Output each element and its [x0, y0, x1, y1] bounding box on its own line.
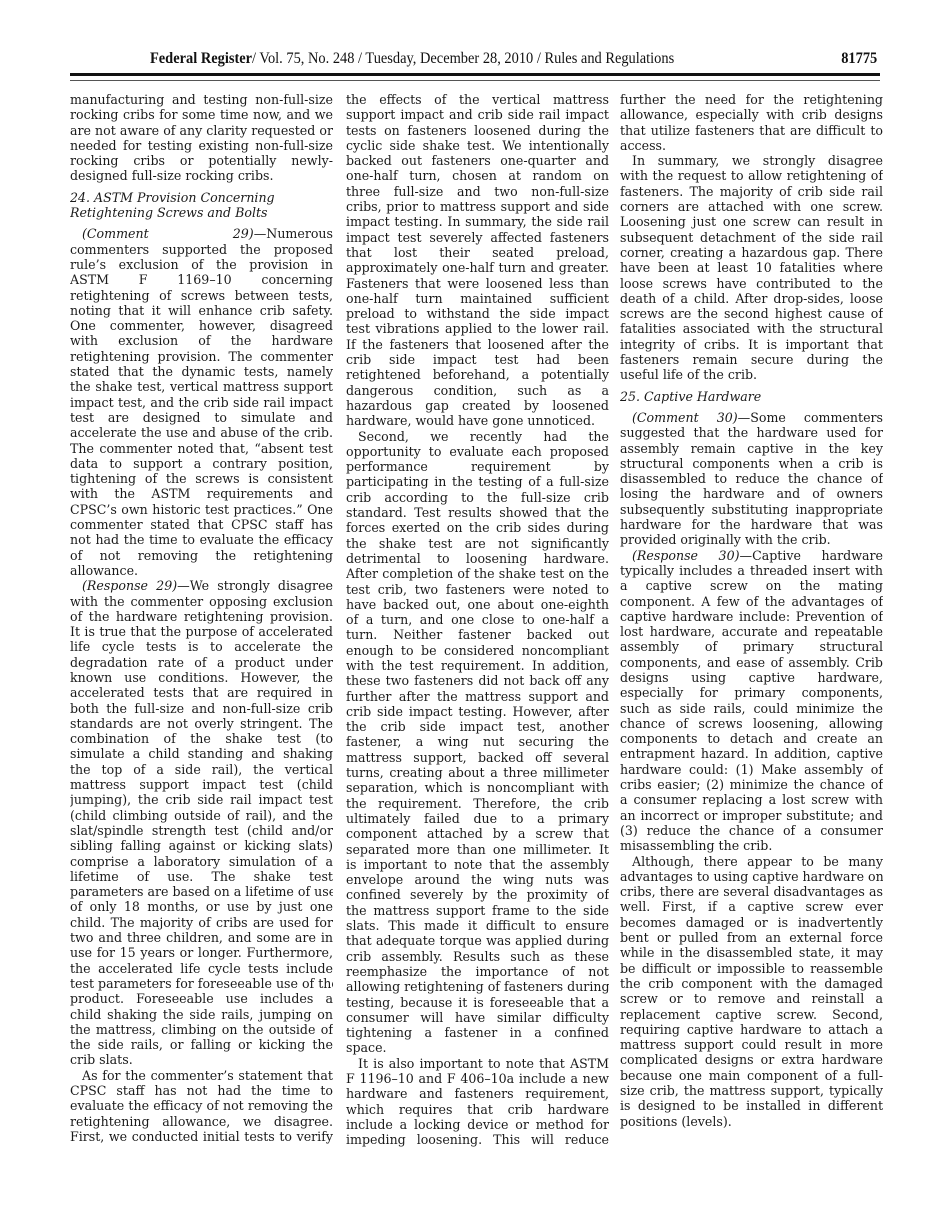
body-text-line: After completion of the shake test on th… — [346, 566, 609, 581]
body-text-line: fasteners remain secure during the — [620, 352, 883, 367]
body-text-line: not had the time to evaluate the efficac… — [70, 532, 333, 547]
body-text-line: product. Foreseeable use includes a — [70, 991, 333, 1006]
body-text-line: degradation rate of a product under — [70, 655, 333, 670]
body-text-line: parameters are based on a lifetime of us… — [70, 884, 333, 899]
body-text-line: test parameters for foreseeable use of t… — [70, 976, 333, 991]
body-text-line: one-half turn maintained sufficient — [346, 291, 609, 306]
paragraph-lead-label: (Comment 30) — [632, 410, 738, 425]
body-text-line: of not removing the retightening — [70, 548, 333, 563]
body-text-line: envelope around the wing nuts was — [346, 872, 609, 887]
body-text-line: In summary, we strongly disagree — [620, 153, 883, 168]
body-text-line: F 1196–10 and F 406–10a include a new — [346, 1071, 609, 1086]
body-text-line: the mattress support frame to the side — [346, 903, 609, 918]
body-text-line: allowance. — [70, 563, 333, 578]
body-text-line: approximately one-half turn and greater. — [346, 260, 609, 275]
body-text-line: typically includes a threaded insert wit… — [620, 563, 883, 578]
body-text-line: accelerated tests that are required in — [70, 685, 333, 700]
body-text-line: crib according to the full-size crib — [346, 490, 609, 505]
body-text-line: enough to be considered noncompliant — [346, 643, 609, 658]
body-text-line: be difficult or impossible to reassemble — [620, 961, 883, 976]
body-text-line: hardware, would have gone unnoticed. — [346, 413, 609, 428]
body-text-line: testing, because it is foreseeable that … — [346, 995, 609, 1010]
body-text-line: Although, there appear to be many — [620, 854, 883, 869]
body-text-line: simulate a child standing and shaking — [70, 746, 333, 761]
body-text-line: of the hardware retightening provision. — [70, 609, 333, 624]
body-text-line: (3) reduce the chance of a consumer — [620, 823, 883, 838]
body-text-line: stated that the dynamic tests, namely — [70, 364, 333, 379]
body-text-line: test crib, two fasteners were noted to — [346, 582, 609, 597]
body-text-line: reemphasize the importance of not — [346, 964, 609, 979]
section-heading-line: Retightening Screws and Bolts — [70, 205, 333, 220]
body-text-line: retightening allowance, we disagree. — [70, 1114, 333, 1129]
body-text-line: use for 15 years or longer. Furthermore, — [70, 945, 333, 960]
paragraph-lead-label: (Comment 29) — [82, 226, 254, 241]
issue-info: / Vol. 75, No. 248 / Tuesday, December 2… — [252, 50, 674, 67]
body-text-line: separation, which is noncompliant with — [346, 780, 609, 795]
body-text-line: sibling falling against or kicking slats… — [70, 838, 333, 853]
body-text-line: It is also important to note that ASTM — [346, 1056, 609, 1071]
body-text-line: these two fasteners did not back off any — [346, 673, 609, 688]
body-text-line: the requirement. Therefore, the crib — [346, 796, 609, 811]
body-text-line: fasteners. The majority of crib side rai… — [620, 184, 883, 199]
body-text-line: crib side impact testing. However, after — [346, 704, 609, 719]
body-text-line: hardware and fasteners requirement, — [346, 1086, 609, 1101]
body-text-line: with exclusion of the hardware — [70, 333, 333, 348]
body-text-line: access. — [620, 138, 883, 153]
body-text-line: separated more than one millimeter. It — [346, 842, 609, 857]
body-text-line: that utilize fasteners that are difficul… — [620, 123, 883, 138]
body-text-line: support impact and crib side rail impact — [346, 107, 609, 122]
paragraph-lead-label: (Response 30) — [632, 548, 740, 563]
body-text-line: is important to note that the assembly — [346, 857, 609, 872]
line-text: —Captive hardware — [740, 548, 884, 563]
body-text-line: hazardous gap created by loosened — [346, 398, 609, 413]
header-rule-thick — [70, 73, 880, 76]
body-text-line: component attached by a screw that — [346, 826, 609, 841]
body-text-line: impact testing. In summary, the side rai… — [346, 214, 609, 229]
body-text-line: because one main component of a full- — [620, 1068, 883, 1083]
body-text-line: screws are the second highest cause of — [620, 306, 883, 321]
body-text-line: mattress support could result in more — [620, 1037, 883, 1052]
body-text-line: complicated designs or extra hardware — [620, 1052, 883, 1067]
body-text-line: noting that it will enhance crib safety. — [70, 303, 333, 318]
body-text-line: corner, creating a hazardous gap. There — [620, 245, 883, 260]
body-text-line: entrapment hazard. In addition, captive — [620, 746, 883, 761]
body-text-line: slat/spindle strength test (child and/or — [70, 823, 333, 838]
body-text-line: comprise a laboratory simulation of a — [70, 854, 333, 869]
body-text-line: screw or to remove and reinstall a — [620, 991, 883, 1006]
body-text-line: the accelerated life cycle tests include — [70, 961, 333, 976]
body-text-line: participating in the testing of a full-s… — [346, 474, 609, 489]
body-text-line: child. The majority of cribs are used fo… — [70, 915, 333, 930]
body-text-line: data to support a contrary position, — [70, 456, 333, 471]
body-text-line: requiring captive hardware to attach a — [620, 1022, 883, 1037]
body-text-line: two and three children, and some are in — [70, 930, 333, 945]
body-text-line: misassembling the crib. — [620, 838, 883, 853]
body-text-line: One commenter, however, disagreed — [70, 318, 333, 333]
publication-name: Federal Register — [150, 50, 252, 67]
body-text-line: performance requirement by — [346, 459, 609, 474]
body-text-line: with the test requirement. In addition, — [346, 658, 609, 673]
body-text-line: the shake test are not significantly — [346, 536, 609, 551]
line-text: —Some commenters — [738, 410, 883, 425]
body-text-line: Fasteners that were loosened less than — [346, 276, 609, 291]
header-rule-thin — [70, 80, 880, 81]
body-text-line: the side rails, or falling or kicking th… — [70, 1037, 333, 1052]
text-column-2: the effects of the vertical mattresssupp… — [346, 92, 609, 1147]
body-text-line: are not aware of any clarity requested o… — [70, 123, 333, 138]
body-text-line: evaluate the efficacy of not removing th… — [70, 1098, 333, 1113]
body-text-line: rocking cribs for some time now, and we — [70, 107, 333, 122]
body-text-line: impact test severely affected fasteners — [346, 230, 609, 245]
body-text-line: It is true that the purpose of accelerat… — [70, 624, 333, 639]
body-text-line: include a locking device or method for — [346, 1117, 609, 1132]
body-text-line: death of a child. After drop-sides, loos… — [620, 291, 883, 306]
body-text-line: turn. Neither fastener backed out — [346, 627, 609, 642]
body-text-line: designed full-size rocking cribs. — [70, 168, 333, 183]
body-text-line: (Response 30)—Captive hardware — [620, 548, 883, 563]
body-text-line: three full-size and two non-full-size — [346, 184, 609, 199]
text-column-1: manufacturing and testing non-full-sizer… — [70, 92, 333, 1144]
body-text-line: space. — [346, 1040, 609, 1055]
body-text-line: lost hardware, accurate and repeatable — [620, 624, 883, 639]
body-text-line: First, we conducted initial tests to ver… — [70, 1129, 333, 1144]
body-text-line: advantages to using captive hardware on — [620, 869, 883, 884]
body-text-line: fatalities associated with the structura… — [620, 321, 883, 336]
body-text-line: lifetime of use. The shake test — [70, 869, 333, 884]
body-text-line: The commenter noted that, “absent test — [70, 441, 333, 456]
body-text-line: while in the disassembled state, it may — [620, 945, 883, 960]
body-text-line: especially for primary components, — [620, 685, 883, 700]
body-text-line: hardware could: (1) Make assembly of — [620, 762, 883, 777]
body-text-line: opportunity to evaluate each proposed — [346, 444, 609, 459]
body-text-line: bent or pulled from an external force — [620, 930, 883, 945]
body-text-line: provided originally with the crib. — [620, 532, 883, 547]
body-text-line: cyclic side shake test. We intentionally — [346, 138, 609, 153]
body-text-line: mattress support impact test (child — [70, 777, 333, 792]
body-text-line: corners are attached with one screw. — [620, 199, 883, 214]
body-text-line: detrimental to loosening hardware. — [346, 551, 609, 566]
body-text-line: losing the hardware and of owners — [620, 486, 883, 501]
body-text-line: known use conditions. However, the — [70, 670, 333, 685]
body-text-line: slats. This made it difficult to ensure — [346, 918, 609, 933]
body-text-line: have backed out, one about one-eighth — [346, 597, 609, 612]
body-text-line: (child climbing outside of rail), and th… — [70, 808, 333, 823]
body-text-line: that lost their seated preload, — [346, 245, 609, 260]
body-text-line: accelerate the use and abuse of the crib… — [70, 425, 333, 440]
body-text-line: becomes damaged or is inadvertently — [620, 915, 883, 930]
body-text-line: a captive screw on the mating — [620, 578, 883, 593]
body-text-line: positions (levels). — [620, 1114, 883, 1129]
body-text-line: confined severely by the proximity of — [346, 887, 609, 902]
line-text: —We strongly disagree — [177, 578, 333, 593]
body-text-line: commenters supported the proposed — [70, 242, 333, 257]
body-text-line: components, and ease of assembly. Crib — [620, 655, 883, 670]
body-text-line: subsequent detachment of the side rail — [620, 230, 883, 245]
body-text-line: standard. Test results showed that the — [346, 505, 609, 520]
body-text-line: assembly remain captive in the key — [620, 441, 883, 456]
line-text: —Numerous — [254, 226, 333, 241]
body-text-line: If the fasteners that loosened after the — [346, 337, 609, 352]
body-text-line: replacement captive screw. Second, — [620, 1007, 883, 1022]
body-text-line: CPSC’s own historic test practices.” One — [70, 502, 333, 517]
body-text-line: tightening of the screws is consistent — [70, 471, 333, 486]
body-text-line: allowance, especially with crib designs — [620, 107, 883, 122]
body-text-line: the crib side impact test, another — [346, 719, 609, 734]
body-text-line: the effects of the vertical mattress — [346, 92, 609, 107]
body-text-line: which requires that crib hardware — [346, 1102, 609, 1117]
body-text-line: of a turn, and one close to one-half a — [346, 612, 609, 627]
body-text-line: integrity of cribs. It is important that — [620, 337, 883, 352]
running-header: Federal Register/ Vol. 75, No. 248 / Tue… — [70, 50, 823, 70]
body-text-line: rocking cribs or potentially newly- — [70, 153, 333, 168]
body-text-line: (Comment 30)—Some commenters — [620, 410, 883, 425]
body-text-line: loose screws have contributed to the — [620, 276, 883, 291]
body-text-line: structural components when a crib is — [620, 456, 883, 471]
body-text-line: size crib, the mattress support, typical… — [620, 1083, 883, 1098]
body-text-line: (Response 29)—We strongly disagree — [70, 578, 333, 593]
body-text-line: standards are not overly stringent. The — [70, 716, 333, 731]
page-number: 81775 — [841, 50, 877, 68]
body-text-line: crib side impact test had been — [346, 352, 609, 367]
body-text-line: test are designed to simulate and — [70, 410, 333, 425]
body-text-line: suggested that the hardware used for — [620, 425, 883, 440]
body-text-line: retightened beforehand, a potentially — [346, 367, 609, 382]
body-text-line: Second, we recently had the — [346, 429, 609, 444]
body-text-line: have been at least 10 fatalities where — [620, 260, 883, 275]
body-text-line: subsequently substituting inappropriate — [620, 502, 883, 517]
body-text-line: turns, creating about a three millimeter — [346, 765, 609, 780]
body-text-line: such as side rails, could minimize the — [620, 701, 883, 716]
body-text-line: test vibrations applied to the lower rai… — [346, 321, 609, 336]
section-heading-line: 25. Captive Hardware — [620, 389, 883, 404]
body-text-line: useful life of the crib. — [620, 367, 883, 382]
body-text-line: assembly of primary structural — [620, 639, 883, 654]
body-text-line: ASTM F 1169–10 concerning — [70, 272, 333, 287]
body-text-line: ultimately failed due to a primary — [346, 811, 609, 826]
body-text-line: both the full-size and non-full-size cri… — [70, 701, 333, 716]
body-text-line: child shaking the side rails, jumping on — [70, 1007, 333, 1022]
body-text-line: with the commenter opposing exclusion — [70, 594, 333, 609]
body-text-line: dangerous condition, such as a — [346, 383, 609, 398]
paragraph-lead-label: (Response 29) — [82, 578, 177, 593]
body-text-line: preload to withstand the side impact — [346, 306, 609, 321]
body-text-line: cribs, there are several disadvantages a… — [620, 884, 883, 899]
body-text-line: mattress support, backed off several — [346, 750, 609, 765]
body-text-line: captive hardware include: Prevention of — [620, 609, 883, 624]
body-text-line: impeding loosening. This will reduce — [346, 1132, 609, 1147]
body-text-line: life cycle tests is to accelerate the — [70, 639, 333, 654]
text-column-3: further the need for the retighteningall… — [620, 92, 883, 1129]
body-text-line: component. A few of the advantages of — [620, 594, 883, 609]
body-text-line: rule’s exclusion of the provision in — [70, 257, 333, 272]
body-text-line: the mattress, climbing on the outside of — [70, 1022, 333, 1037]
body-text-line: one-half turn, chosen at random on — [346, 168, 609, 183]
body-text-line: needed for testing existing non-full-siz… — [70, 138, 333, 153]
body-text-line: further after the mattress support and — [346, 689, 609, 704]
body-text-line: is designed to be installed in different — [620, 1098, 883, 1113]
body-text-line: combination of the shake test (to — [70, 731, 333, 746]
body-text-line: further the need for the retightening — [620, 92, 883, 107]
body-text-line: chance of screws loosening, allowing — [620, 716, 883, 731]
body-text-line: manufacturing and testing non-full-size — [70, 92, 333, 107]
body-text-line: CPSC staff has not had the time to — [70, 1083, 333, 1098]
body-text-line: crib slats. — [70, 1052, 333, 1067]
body-text-line: tests on fasteners loosened during the — [346, 123, 609, 138]
body-text-line: the top of a side rail), the vertical — [70, 762, 333, 777]
body-text-line: of only 18 months, or use by just one — [70, 899, 333, 914]
body-text-line: (Comment 29)—Numerous — [70, 226, 333, 241]
body-text-line: designs using captive hardware, — [620, 670, 883, 685]
body-text-line: As for the commenter’s statement that — [70, 1068, 333, 1083]
body-text-line: cribs easier; (2) minimize the chance of — [620, 777, 883, 792]
header-line: Federal Register/ Vol. 75, No. 248 / Tue… — [150, 50, 674, 68]
body-text-line: backed out fasteners one-quarter and — [346, 153, 609, 168]
body-text-line: the crib component with the damaged — [620, 976, 883, 991]
body-text-line: that adequate torque was applied during — [346, 933, 609, 948]
body-text-line: allowing retightening of fasteners durin… — [346, 979, 609, 994]
body-text-line: jumping), the crib side rail impact test — [70, 792, 333, 807]
body-text-line: with the ASTM requirements and — [70, 486, 333, 501]
body-text-line: Loosening just one screw can result in — [620, 214, 883, 229]
body-text-line: impact test, and the crib side rail impa… — [70, 395, 333, 410]
body-text-line: crib assembly. Results such as these — [346, 949, 609, 964]
body-text-line: retightening of screws between tests, — [70, 288, 333, 303]
body-text-line: an incorrect or improper substitute; and — [620, 808, 883, 823]
body-text-line: the shake test, vertical mattress suppor… — [70, 379, 333, 394]
body-text-line: commenter stated that CPSC staff has — [70, 517, 333, 532]
body-text-line: a consumer replacing a lost screw with — [620, 792, 883, 807]
body-text-line: retightening provision. The commenter — [70, 349, 333, 364]
body-text-line: disassembled to reduce the chance of — [620, 471, 883, 486]
body-text-line: components to detach and create an — [620, 731, 883, 746]
body-text-line: forces exerted on the crib sides during — [346, 520, 609, 535]
section-heading-line: 24. ASTM Provision Concerning — [70, 190, 333, 205]
body-text-line: fastener, a wing nut securing the — [346, 734, 609, 749]
body-text-line: cribs, prior to mattress support and sid… — [346, 199, 609, 214]
body-text-line: with the request to allow retightening o… — [620, 168, 883, 183]
body-text-line: well. First, if a captive screw ever — [620, 899, 883, 914]
body-text-line: hardware for the hardware that was — [620, 517, 883, 532]
body-text-line: tightening a fastener in a confined — [346, 1025, 609, 1040]
body-text-line: consumer will have similar difficulty — [346, 1010, 609, 1025]
